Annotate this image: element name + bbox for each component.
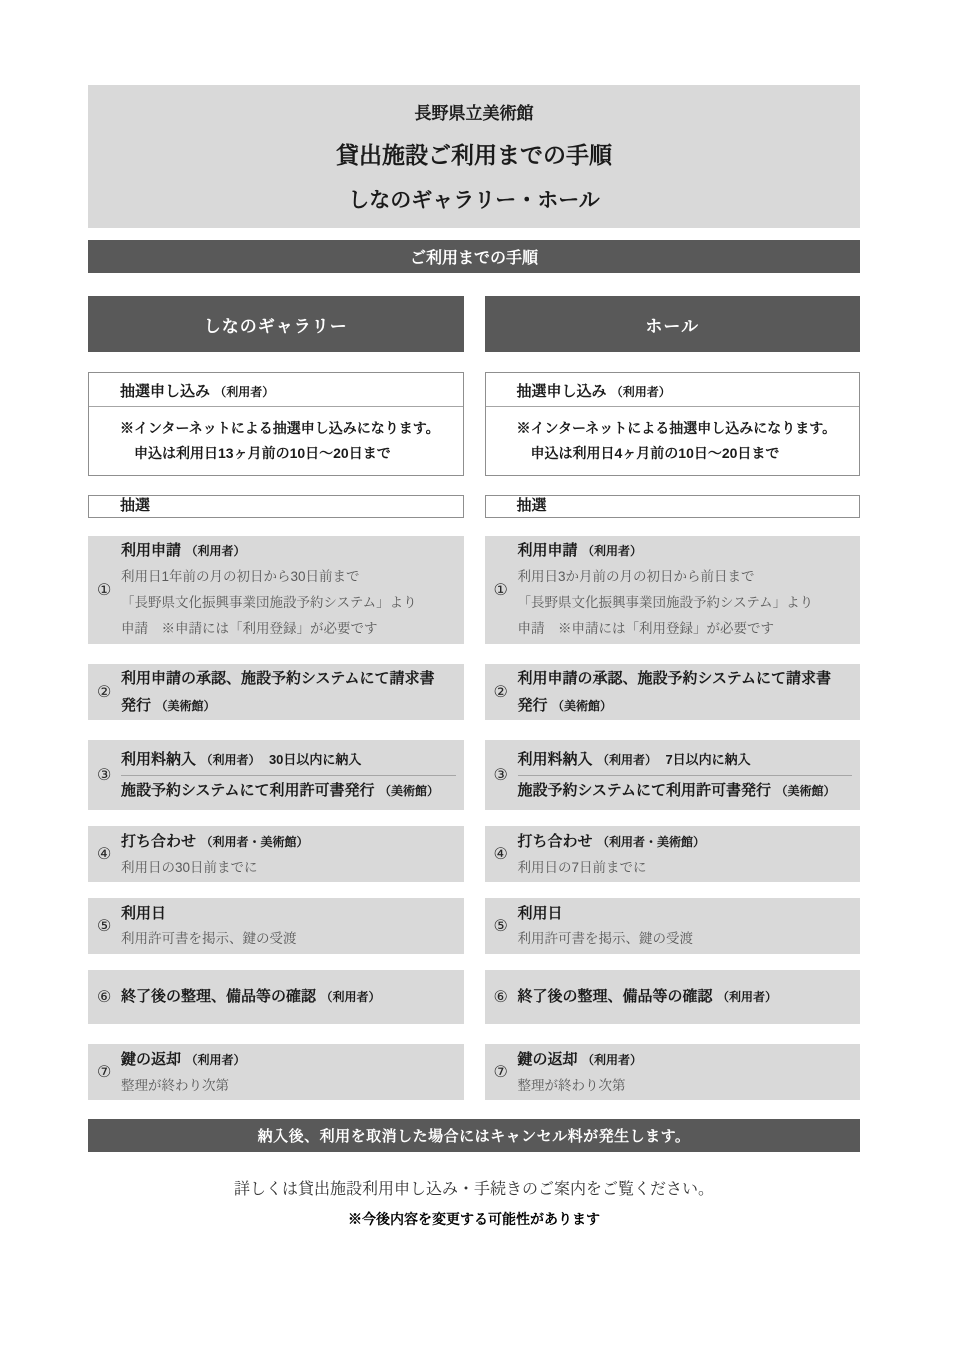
step-actor: （美術館）: [155, 699, 215, 713]
document-page: 長野県立美術館 貸出施設ご利用までの手順 しなのギャラリー・ホール ご利用までの…: [88, 85, 860, 1229]
step-title: 打ち合わせ: [121, 833, 196, 850]
step-actor: （利用者）: [185, 1053, 245, 1067]
page-title: 貸出施設ご利用までの手順: [88, 137, 860, 170]
step-title: 利用日: [518, 905, 563, 922]
step-title: 鍵の返却: [518, 1051, 578, 1068]
step-actor: （利用者）: [597, 753, 657, 767]
column-header-hall: ホール: [485, 296, 861, 352]
step-number: ⑥: [494, 987, 518, 1007]
step-text: 「長野県文化振興事業団施設予約システム」より: [121, 590, 456, 616]
step-title: 利用申請の承認、施設予約システムにて請求書: [121, 670, 435, 687]
step-actor: （利用者）: [185, 544, 245, 558]
step-number: ①: [494, 580, 518, 600]
step-2-approval: ② 利用申請の承認、施設予約システムにて請求書 発行 （美術館）: [88, 664, 464, 720]
note-line: 申込は利用日4ヶ月前の10日～20日まで: [517, 441, 856, 466]
step-number: ⑦: [494, 1062, 518, 1082]
step-actor: （利用者）: [320, 990, 380, 1004]
footer-note-change: ※今後内容を変更する可能性があります: [88, 1209, 860, 1229]
step-actor: （利用者・美術館）: [597, 835, 705, 849]
note-line: 申込は利用日13ヶ月前の10日～20日まで: [120, 441, 459, 466]
lottery-application-note: ※インターネットによる抽選申し込みになります。 申込は利用日4ヶ月前の10日～2…: [486, 407, 860, 475]
divider: [518, 775, 853, 776]
lottery-application-title-text: 抽選申し込み: [517, 383, 607, 400]
step-3-payment: ③ 利用料納入 （利用者） 30日以内に納入 施設予約システムにて利用許可書発行…: [88, 740, 464, 810]
divider: [121, 775, 456, 776]
step-title: 利用料納入: [518, 751, 593, 768]
step-title: 発行: [518, 697, 548, 714]
column-header-gallery: しなのギャラリー: [88, 296, 464, 352]
footer-note-details: 詳しくは貸出施設利用申し込み・手続きのご案内をご覧ください。: [88, 1176, 860, 1199]
lottery-application-title-text: 抽選申し込み: [120, 383, 210, 400]
step-title: 利用料納入: [121, 751, 196, 768]
step-number: ②: [494, 682, 518, 702]
step-title: 利用申請: [518, 542, 578, 559]
lottery-application-title: 抽選申し込み （利用者）: [486, 373, 860, 407]
columns-container: しなのギャラリー 抽選申し込み （利用者） ※インターネットによる抽選申し込みに…: [88, 296, 860, 1100]
step-number: ⑦: [97, 1062, 121, 1082]
procedure-section-bar: ご利用までの手順: [88, 240, 860, 273]
step-text: 利用許可書を掲示、鍵の受渡: [518, 926, 853, 951]
step-text: 申請 ※申請には「利用登録」が必要です: [121, 616, 456, 642]
step-actor: （利用者・美術館）: [200, 835, 308, 849]
step-actor: （利用者）: [582, 544, 642, 558]
step-number: ②: [97, 682, 121, 702]
step-title: 利用日: [121, 905, 166, 922]
step-1-application: ① 利用申請 （利用者） 利用日1年前の月の初日から30日前まで 「長野県文化振…: [88, 536, 464, 644]
step-number: ⑤: [494, 916, 518, 936]
lottery-box: 抽選: [88, 495, 464, 518]
step-title: 終了後の整理、備品等の確認: [121, 988, 316, 1005]
step-2-approval: ② 利用申請の承認、施設予約システムにて請求書 発行 （美術館）: [485, 664, 861, 720]
step-title: 利用申請の承認、施設予約システムにて請求書: [518, 670, 832, 687]
step-actor: （利用者）: [717, 990, 777, 1004]
step-6-cleanup: ⑥ 終了後の整理、備品等の確認 （利用者）: [485, 970, 861, 1024]
column-hall: ホール 抽選申し込み （利用者） ※インターネットによる抽選申し込みになります。…: [485, 296, 861, 1100]
step-text: 申請 ※申請には「利用登録」が必要です: [518, 616, 853, 642]
step-text: 整理が終わり次第: [518, 1073, 853, 1098]
step-3-payment: ③ 利用料納入 （利用者） 7日以内に納入 施設予約システムにて利用許可書発行 …: [485, 740, 861, 810]
lottery-application-actor: （利用者）: [214, 385, 274, 399]
step-text: 利用許可書を掲示、鍵の受渡: [121, 926, 456, 951]
step-text: 利用日3か月前の月の初日から前日まで: [518, 564, 853, 590]
step-number: ④: [97, 844, 121, 864]
step-actor: （美術館）: [552, 699, 612, 713]
step-deadline: 7日以内に納入: [665, 752, 750, 767]
step-number: ③: [494, 765, 518, 785]
step-actor: （利用者）: [582, 1053, 642, 1067]
step-number: ⑤: [97, 916, 121, 936]
step-title: 施設予約システムにて利用許可書発行: [518, 782, 772, 799]
step-number: ⑥: [97, 987, 121, 1007]
step-number: ①: [97, 580, 121, 600]
step-actor: （美術館）: [379, 784, 439, 798]
step-actor: （利用者）: [200, 753, 260, 767]
lottery-label: 抽選: [120, 497, 150, 514]
step-title: 終了後の整理、備品等の確認: [518, 988, 713, 1005]
lottery-application-note: ※インターネットによる抽選申し込みになります。 申込は利用日13ヶ月前の10日～…: [89, 407, 463, 475]
header-box: 長野県立美術館 貸出施設ご利用までの手順 しなのギャラリー・ホール: [88, 85, 860, 228]
step-1-application: ① 利用申請 （利用者） 利用日3か月前の月の初日から前日まで 「長野県文化振興…: [485, 536, 861, 644]
lottery-application-box: 抽選申し込み （利用者） ※インターネットによる抽選申し込みになります。 申込は…: [485, 372, 861, 476]
step-title: 発行: [121, 697, 151, 714]
step-5-usage-day: ⑤ 利用日 利用許可書を掲示、鍵の受渡: [88, 898, 464, 954]
step-6-cleanup: ⑥ 終了後の整理、備品等の確認 （利用者）: [88, 970, 464, 1024]
step-5-usage-day: ⑤ 利用日 利用許可書を掲示、鍵の受渡: [485, 898, 861, 954]
step-7-key-return: ⑦ 鍵の返却 （利用者） 整理が終わり次第: [88, 1044, 464, 1100]
note-line: ※インターネットによる抽選申し込みになります。: [517, 416, 856, 441]
step-title: 鍵の返却: [121, 1051, 181, 1068]
step-7-key-return: ⑦ 鍵の返却 （利用者） 整理が終わり次第: [485, 1044, 861, 1100]
step-title: 打ち合わせ: [518, 833, 593, 850]
note-line: ※インターネットによる抽選申し込みになります。: [120, 416, 459, 441]
lottery-label: 抽選: [517, 497, 547, 514]
column-gallery: しなのギャラリー 抽選申し込み （利用者） ※インターネットによる抽選申し込みに…: [88, 296, 464, 1100]
step-number: ③: [97, 765, 121, 785]
step-actor: （美術館）: [775, 784, 835, 798]
step-text: 利用日の7日前までに: [518, 855, 853, 880]
step-deadline: 30日以内に納入: [269, 752, 361, 767]
step-4-meeting: ④ 打ち合わせ （利用者・美術館） 利用日の30日前までに: [88, 826, 464, 882]
museum-name: 長野県立美術館: [88, 85, 860, 124]
step-title: 利用申請: [121, 542, 181, 559]
step-4-meeting: ④ 打ち合わせ （利用者・美術館） 利用日の7日前までに: [485, 826, 861, 882]
step-title: 施設予約システムにて利用許可書発行: [121, 782, 375, 799]
cancel-notice-bar: 納入後、利用を取消した場合にはキャンセル料が発生します。: [88, 1119, 860, 1152]
step-text: 利用日1年前の月の初日から30日前まで: [121, 564, 456, 590]
lottery-application-box: 抽選申し込み （利用者） ※インターネットによる抽選申し込みになります。 申込は…: [88, 372, 464, 476]
step-text: 整理が終わり次第: [121, 1073, 456, 1098]
step-number: ④: [494, 844, 518, 864]
step-text: 「長野県文化振興事業団施設予約システム」より: [518, 590, 853, 616]
lottery-application-title: 抽選申し込み （利用者）: [89, 373, 463, 407]
lottery-application-actor: （利用者）: [611, 385, 671, 399]
page-subtitle: しなのギャラリー・ホール: [88, 184, 860, 214]
step-text: 利用日の30日前までに: [121, 855, 456, 880]
lottery-box: 抽選: [485, 495, 861, 518]
